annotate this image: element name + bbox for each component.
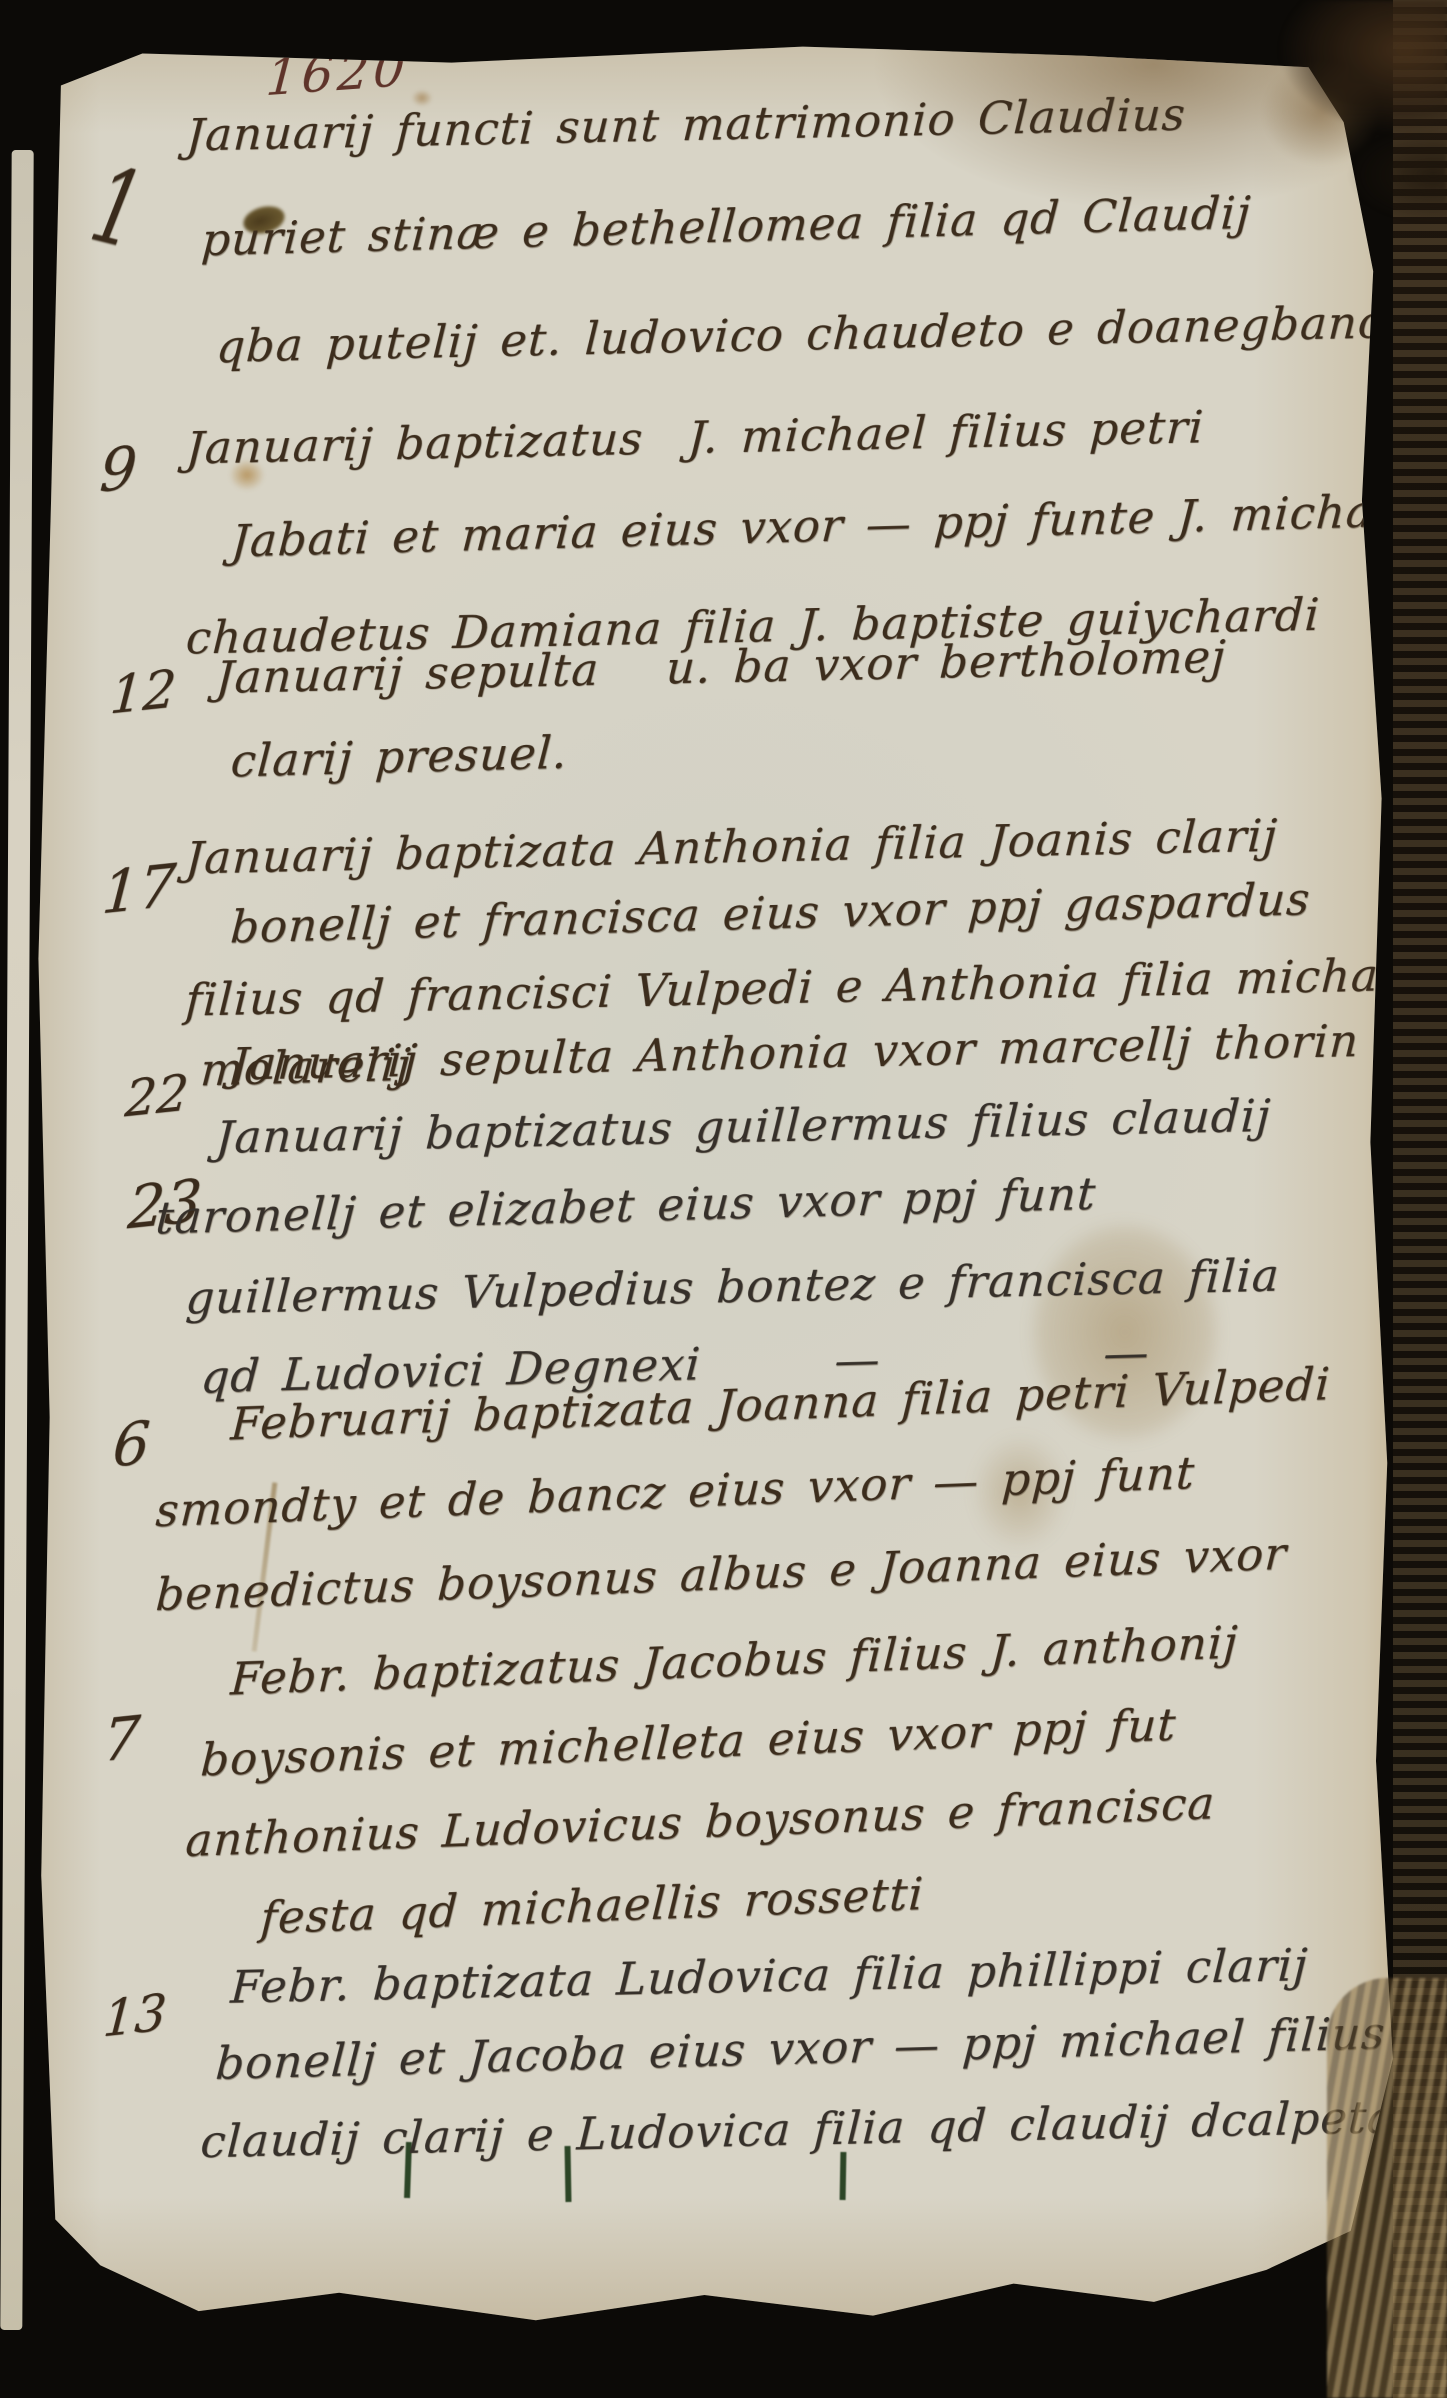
book-corner-shadow bbox=[1167, 0, 1447, 250]
bottom-page-edges bbox=[1327, 1978, 1447, 2398]
register-entry: 13 Febr. baptizata Ludovica filia philli… bbox=[30, 1965, 1410, 2196]
photo-of-register-page: { "register": { "year_heading": "1620", … bbox=[0, 0, 1447, 2398]
manuscript-page: 1620 1 Januarij functi sunt matrimonio C… bbox=[30, 42, 1435, 2334]
register-entry: 7 Febr. baptizatus Jacobus filius J. ant… bbox=[30, 1660, 1410, 1980]
year-heading: 1620 bbox=[264, 39, 411, 107]
register-entry: 12 Januarij sepulta u. ba vxor bertholom… bbox=[30, 655, 1410, 825]
previous-page-edge bbox=[0, 150, 33, 2330]
